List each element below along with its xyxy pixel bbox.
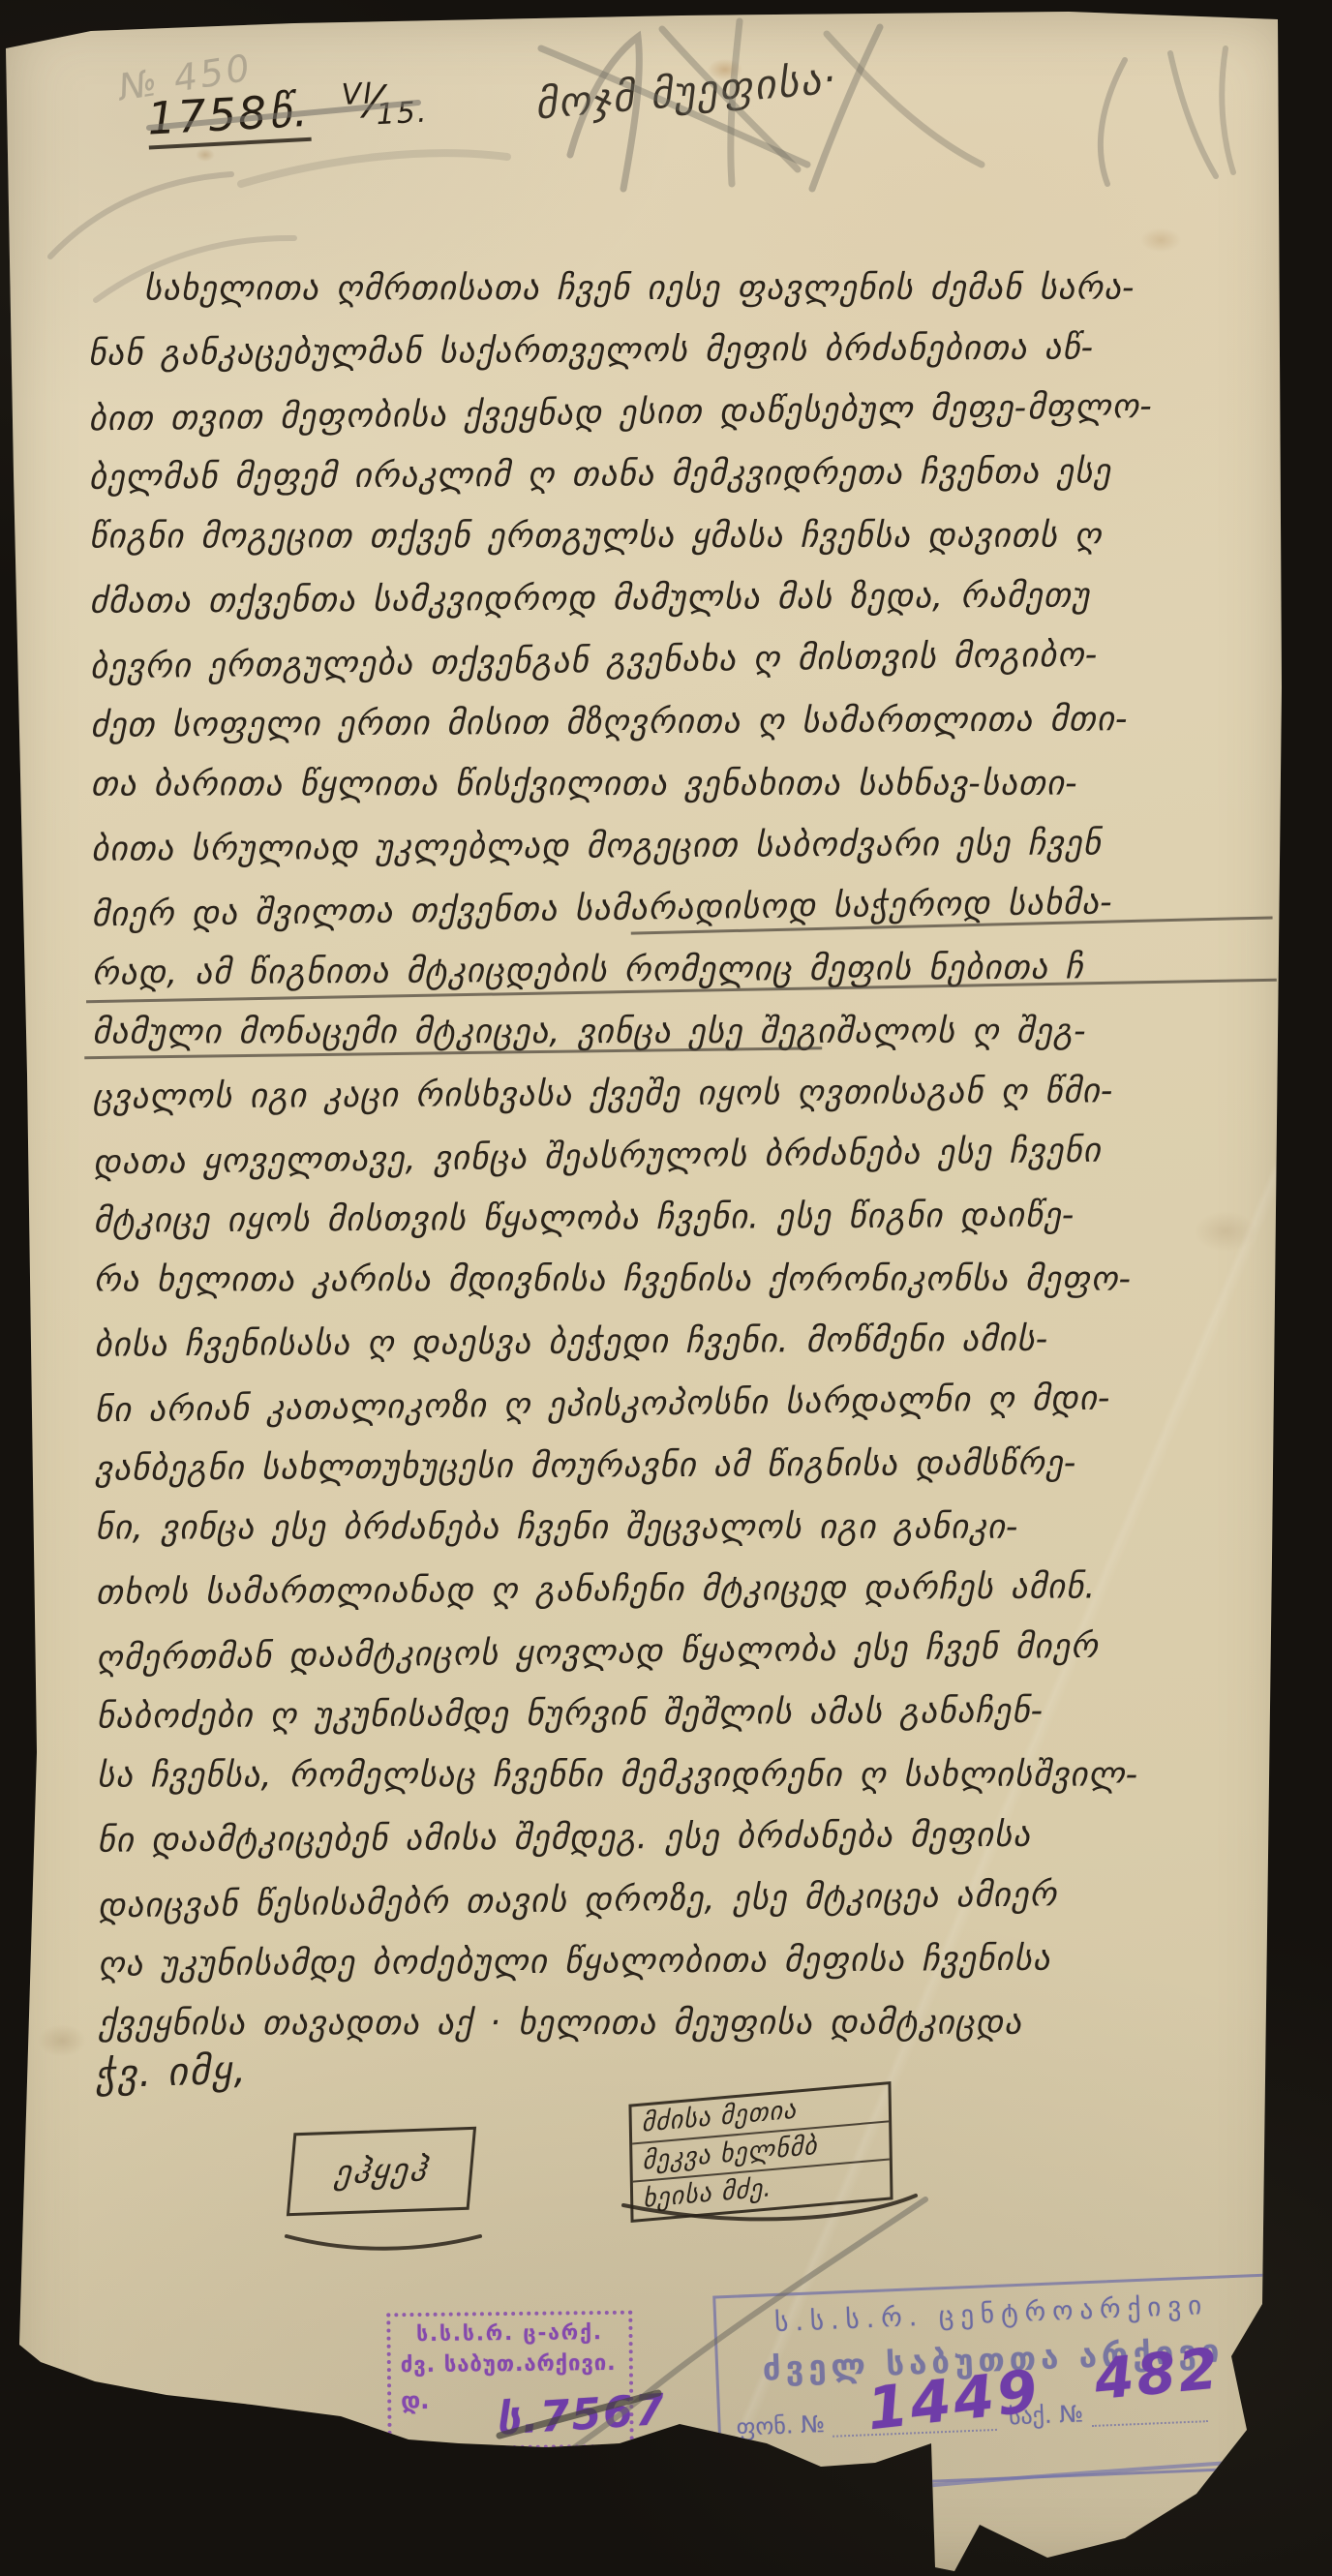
manuscript-line: ნი არიან კათალიკოზი ღ ეპისკოპოსნი სარდალ… [94, 1366, 1266, 1442]
manuscript-line: ბითა სრულიად უკლებლად მოგეცით საბოძვარი … [91, 811, 1262, 880]
signature-box-left: ეჰყეჰ [287, 2127, 476, 2217]
manuscript-line: ცვალოს იგი კაცი რისხვასა ქვეშე იყოს ღვთი… [92, 1059, 1263, 1128]
manuscript-line: ბევრი ერთგულება თქვენგან გვენახა ღ მისთვ… [90, 622, 1262, 699]
manuscript-line: ნი, ვინცა ესე ბრძანება ჩვენი შეცვალოს იგ… [95, 1496, 1266, 1559]
manuscript-line: მტკიცე იყოს მისთვის წყალობა ჩვენი. ესე წ… [93, 1183, 1264, 1252]
item-handwritten-number: 482 [1092, 2335, 1224, 2412]
date-fraction: VI⁄15. [341, 74, 429, 134]
photo-backdrop: № 450 1758წ.VI⁄15. მოჯმ მუეფისა· სახელით… [0, 0, 1332, 2576]
date-day: 15. [376, 95, 429, 132]
archive-stamp-large: ს.ს.ს.რ. ცენტროარქივი ძველ საბუთთა არქივ… [712, 2274, 1276, 2492]
manuscript-line: სახელითა ღმრთისათა ჩვენ იესე ფავლენის ძე… [87, 257, 1258, 319]
manuscript-line: ბით თვით მეფობისა ქვეყნად ესით დაწესებულ… [88, 375, 1260, 451]
manuscript-line: მამული მონაცემი მტკიცეა, ვინცა ესე შეგიშ… [92, 1000, 1263, 1063]
stamp-small-line2: ძვ. საბუთ.არქივი. [401, 2351, 620, 2378]
closing-note: ჭვ. იმყ, [94, 2047, 248, 2097]
manuscript-line: სა ჩვენსა, რომელსაც ჩვენნი მემკვიდრენი ღ… [97, 1743, 1268, 1806]
archive-stamp-small: ს.ს.ს.რ. ც-არქ. ძვ. საბუთ.არქივი. დ. ს.7… [386, 2311, 633, 2451]
manuscript-line: ღა უკუნისამდე ბოძებული წყალობითა მეფისა … [98, 1926, 1269, 1995]
manuscript-line: ნაბოძები ღ უკუნისამდე ნურვინ შეშლის ამას… [96, 1679, 1267, 1747]
fond-label: ფონ. № [736, 2410, 825, 2441]
signature-box-right: მძისა მეთია მეკვა ხელნმბ ხეისა მძე. [628, 2081, 893, 2223]
manuscript-line: ძმათა თქვენთა სამკვიდროდ მამულსა მას ზედ… [89, 563, 1260, 632]
manuscript-page: № 450 1758წ.VI⁄15. მოჯმ მუეფისა· სახელით… [4, 10, 1293, 2573]
manuscript-line: წიგნი მოგეცით თქვენ ერთგულსა ყმასა ჩვენს… [89, 504, 1260, 567]
manuscript-line: თხოს სამართლიანად ღ განაჩენი მტკიცედ დარ… [96, 1555, 1267, 1623]
manuscript-line: ძეთ სოფელი ერთი მისით მზღვრითა ღ სამართლ… [90, 687, 1261, 756]
manuscript-line: ბისა ჩვენისასა ღ დაესვა ბეჭედი ჩვენი. მო… [94, 1307, 1265, 1376]
manuscript-line: ქვეყნისა თავადთა აქ · ხელითა მეუფისა დამ… [98, 1991, 1269, 2054]
manuscript-line: ბელმან მეფემ ირაკლიმ ღ თანა მემკვიდრეთა … [89, 439, 1260, 508]
manuscript-line: ვანბეგნი სახლთუხუცესი მოურავნი ამ წიგნის… [95, 1431, 1266, 1500]
manuscript-line: თა ბარითა წყლითა წისქვილითა ვენახითა სახ… [91, 752, 1262, 815]
manuscript-line: ნი დაამტკიცებენ ამისა შემდეგ. ესე ბრძანე… [97, 1803, 1268, 1871]
manuscript-line: დაიცვან წესისამებრ თავის დროზე, ესე მტკი… [97, 1862, 1269, 1938]
manuscript-line: დათა ყოველთავე, ვინცა შეასრულოს ბრძანება… [93, 1118, 1265, 1195]
manuscript-line: ღმერთმან დაამტკიცოს ყოვლად წყალობა ესე ჩ… [96, 1614, 1268, 1690]
manuscript-lines: სახელითა ღმრთისათა ჩვენ იესე ფავლენის ძე… [87, 254, 1269, 2057]
stamp-large-line1: ს.ს.ს.რ. ცენტროარქივი [732, 2288, 1252, 2339]
signature-box-left-text: ეჰყეჰ [333, 2150, 431, 2192]
year-text: 1758წ. [146, 84, 311, 150]
manuscript-line: ნან განკაცებულმან საქართველოს მეფის ბრძა… [88, 316, 1259, 384]
manuscript-line: რად, ამ წიგნითა მტკიცდების რომელიც მეფის… [92, 935, 1263, 1004]
stamp-small-line1: ს.ს.ს.რ. ც-არქ. [400, 2320, 619, 2346]
manuscript-line: რა ხელითა კარისა მდივნისა ჩვენისა ქორონი… [94, 1248, 1265, 1311]
document-title: მოჯმ მუეფისა· [532, 54, 839, 128]
stamp-small-handwritten-number: ს.7567 [495, 2385, 668, 2445]
manuscript-line: მიერ და შვილთა თქვენთა სამარადისოდ საჭერ… [91, 870, 1263, 947]
